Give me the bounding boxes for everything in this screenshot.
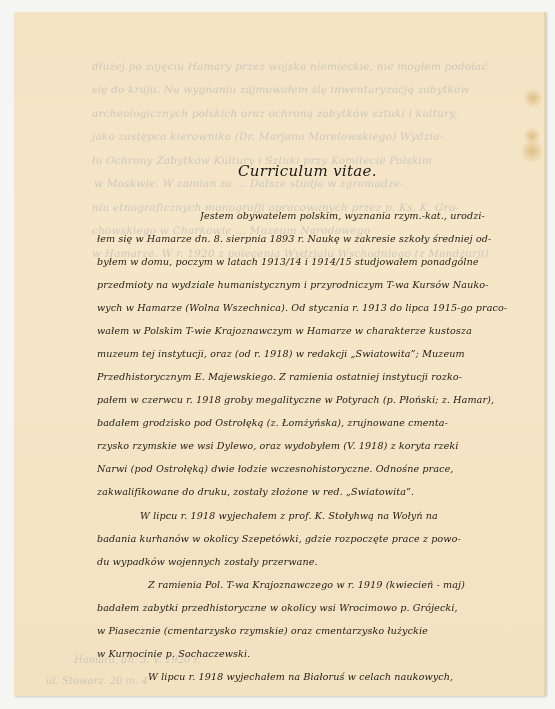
text-line: wych w Hamarze (Wolna Wszechnica). Od st… <box>97 303 517 314</box>
text-line: W lipcu r. 1918 wyjechałem na Białoruś w… <box>148 672 518 683</box>
text-line: W lipcu r. 1918 wyjechałem z prof. K. St… <box>140 511 555 522</box>
show-through-footer: ul. Stowarz. 20 m. 4 <box>46 676 148 687</box>
text-line: muzeum tej instytucji, oraz (od r. 1918)… <box>97 349 517 360</box>
text-line: du wypadków wojennych zostały przerwane. <box>97 557 517 568</box>
text-line: w Kurnocinie p. Sochaczewski. <box>97 649 517 660</box>
text-line: badałem zabytki przedhistoryczne w okoli… <box>97 603 517 614</box>
text-line: byłem w domu, poczym w latach 1913/14 i … <box>97 257 517 268</box>
text-line: badania kurhanów w okolicy Szepetówki, g… <box>97 534 517 545</box>
text-line: Narwi (pod Ostrołęką) dwie łodzie wczesn… <box>97 464 517 475</box>
text-line: Jestem obywatelem polskim, wyznania rzym… <box>200 211 520 222</box>
text-line: rzysko rzymskie we wsi Dylewo, oraz wydo… <box>97 441 517 452</box>
show-through-line: dłużej po zajęciu Hamary przez wojska ni… <box>92 61 488 73</box>
document-title: Curriculum vitae. <box>238 162 377 180</box>
show-through-line: jako zastępca kierownika (Dr. Marjana Mo… <box>92 131 443 143</box>
text-line: w Piasecznie (cmentarzysko rzymskie) ora… <box>97 626 517 637</box>
text-line: Przedhistorycznym E. Majewskiego. Z rami… <box>97 372 517 383</box>
text-line: wałem w Polskim T-wie Krajoznawczym w Ha… <box>97 326 517 337</box>
text-line: przedmioty na wydziale humanistycznym i … <box>97 280 517 291</box>
text-line: badałem grodzisko pod Ostrołęką (z. Łomż… <box>97 418 517 429</box>
text-line: zakwalifikowane do druku, zostały złożon… <box>97 487 517 498</box>
stain <box>524 87 542 109</box>
stain <box>522 137 542 165</box>
text-line: pałem w czerwcu r. 1918 groby megalitycz… <box>97 395 517 406</box>
text-line: Z ramienia Pol. T-wa Krajoznawczego w r.… <box>148 580 555 591</box>
text-line: łem się w Hamarze dn. 8. sierpnia 1893 r… <box>97 234 517 245</box>
show-through-line: się do kraju. Na wygnaniu zajmowałem się… <box>92 84 470 96</box>
show-through-line: archeologicznych polskich oraz ochroną z… <box>92 108 458 120</box>
document-scan: dłużej po zajęciu Hamary przez wojska ni… <box>0 0 555 709</box>
